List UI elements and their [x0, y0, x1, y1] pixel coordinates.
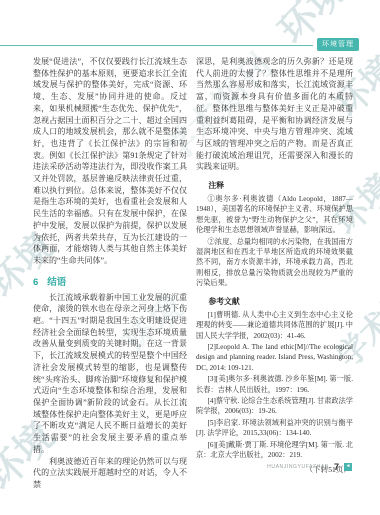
- body-paragraph: 深思，是利奥波德观念的历久弥新？还是现代人前进的太慢了？整体性思维并不是理所当然…: [196, 56, 353, 173]
- journal-name-pinyin: HUANJINGYUFAZHAN: [267, 464, 329, 470]
- column-tag-badge: 环境管理: [317, 38, 359, 51]
- section-title: 结语: [47, 274, 66, 288]
- page-marker-icon: ◄: [344, 463, 352, 471]
- reference-item: [1]曹明德. 从人类中心主义到生态中心主义伦理观的转变——兼论道德共同体范围的…: [196, 310, 353, 341]
- reference-item: [2]Leopold A. The land ethic[M]//The eco…: [196, 342, 353, 373]
- body-paragraph: 利奥波德近百年来的理论仍然可以与现代的立法实践展开超越时空的对话，令人不禁: [33, 456, 187, 491]
- body-paragraph: 长江流域承载着新中国工业发展的沉重使命，滚烫的铁水也在母亲之河身上烙下伤疤。“十…: [33, 292, 187, 456]
- reference-item: [3][美]奥尔多·利奥波德. 沙乡年鉴[M]. 第一版. 长春：吉林人民出版社…: [196, 374, 353, 395]
- section-heading-conclusion: 6 结语: [33, 274, 187, 288]
- notes-heading: 注释: [196, 180, 353, 191]
- header-rule: [0, 45, 313, 46]
- references-heading: 参考文献: [196, 296, 353, 307]
- reference-item: [6][美]戴斯·贾丁斯. 环境伦理学[M]. 第一版. 北京：北京大学出版社，…: [196, 440, 353, 461]
- page-footer: HUANJINGYUFAZHAN 7 ◄: [267, 462, 352, 472]
- right-column: 深思，是利奥波德观念的历久弥新？还是现代人前进的太慢了？整体性思维并不是理所当然…: [196, 56, 353, 475]
- journal-paper-page: 环境 环境 环境 学术期刊 环境 环境 学术期刊 环境 环境管理 发展“促进法”…: [0, 0, 380, 515]
- reference-item: [5]李启家. 环境法领域利益冲突的识别与衡平[J]. 法学评论，2015,33…: [196, 418, 353, 439]
- section-number: 6: [33, 277, 38, 288]
- left-column: 发展“促进法”，不仅仅要践行长江流域生态整体性保护的基本原则，更要追求长江全流域…: [33, 56, 187, 491]
- body-paragraph: 发展“促进法”，不仅仅要践行长江流域生态整体性保护的基本原则，更要追求长江全流域…: [33, 56, 187, 267]
- note-item: ①奥尔多·利奥波德（Aldo Leopold，1887—1948），美国著名的环…: [196, 194, 353, 236]
- page-number: 7: [334, 462, 339, 472]
- note-item: ②浓度、总量均相同的水污染物，在我国南方湿润地区和在西北干旱地区所造成的环境效果…: [196, 237, 353, 289]
- reference-item: [4]蔡守秋. 论综合生态系统管理[J]. 甘肃政法学院学报，2006(03)：…: [196, 396, 353, 417]
